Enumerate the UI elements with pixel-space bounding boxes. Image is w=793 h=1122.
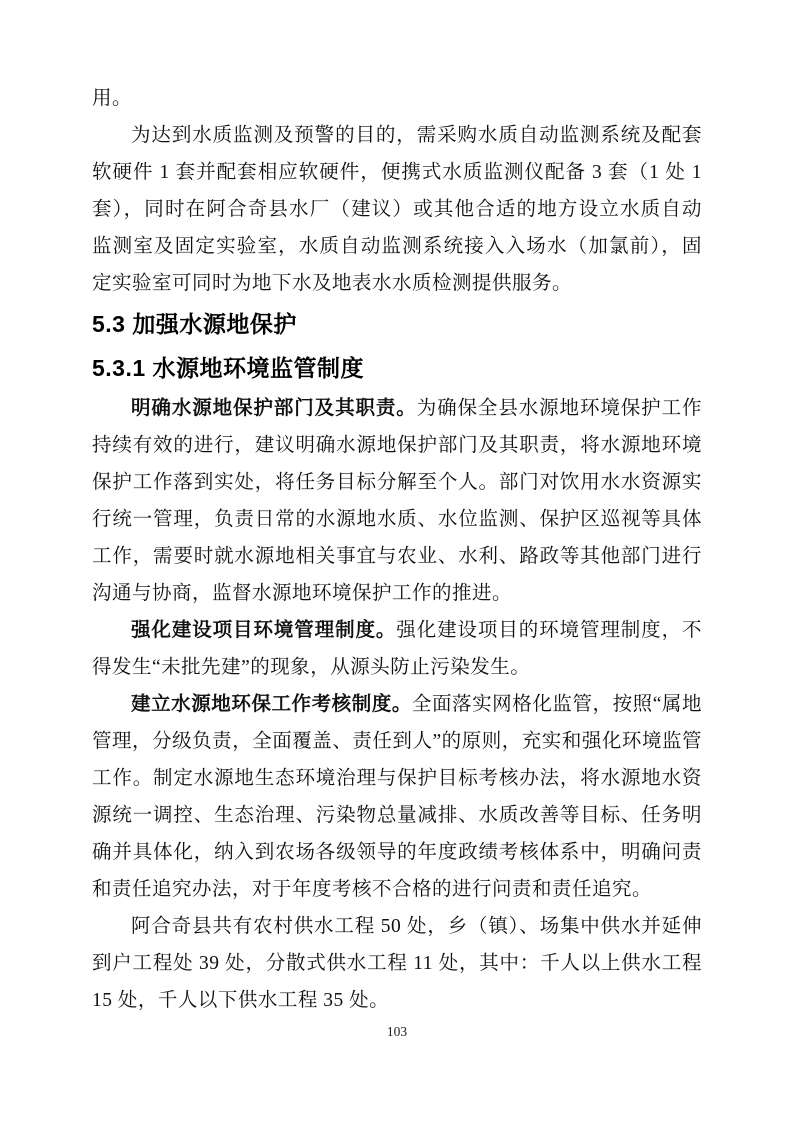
paragraph-assessment-system: 建立水源地环保工作考核制度。全面落实网格化监管，按照“属地管理，分级负责，全面覆… <box>92 686 702 908</box>
paragraph-lead-project-management: 强化建设项目环境管理制度。 <box>131 619 396 641</box>
paragraph-water-quality-monitoring: 为达到水质监测及预警的目的，需采购水质自动监测系统及配套软硬件 1 套并配套相应… <box>92 117 702 302</box>
page-number: 103 <box>92 1021 702 1043</box>
paragraph-body-assessment-system: 全面落实网格化监管，按照“属地管理，分级负责，全面覆盖、责任到人”的原则，充实和… <box>92 694 702 900</box>
paragraph-responsibilities: 明确水源地保护部门及其职责。为确保全县水源地环境保护工作持续有效的进行，建议明确… <box>92 390 702 612</box>
document-page: 用。 为达到水质监测及预警的目的，需采购水质自动监测系统及配套软硬件 1 套并配… <box>0 0 793 1122</box>
paragraph-project-management: 强化建设项目环境管理制度。强化建设项目的环境管理制度，不得发生“未批先建”的现象… <box>92 612 702 686</box>
paragraph-lead-responsibilities: 明确水源地保护部门及其职责。 <box>131 397 417 419</box>
paragraph-lead-assessment-system: 建立水源地环保工作考核制度。 <box>131 693 412 715</box>
subsection-heading-5-3-1: 5.3.1 水源地环境监管制度 <box>92 346 702 390</box>
section-heading-5-3: 5.3 加强水源地保护 <box>92 302 702 346</box>
paragraph-body-responsibilities: 为确保全县水源地环境保护工作持续有效的进行，建议明确水源地保护部门及其职责，将水… <box>92 398 702 604</box>
paragraph-continuation: 用。 <box>92 80 702 117</box>
paragraph-water-supply-projects: 阿合奇县共有农村供水工程 50 处，乡（镇）、场集中供水并延伸到户工程处 39 … <box>92 908 702 1019</box>
